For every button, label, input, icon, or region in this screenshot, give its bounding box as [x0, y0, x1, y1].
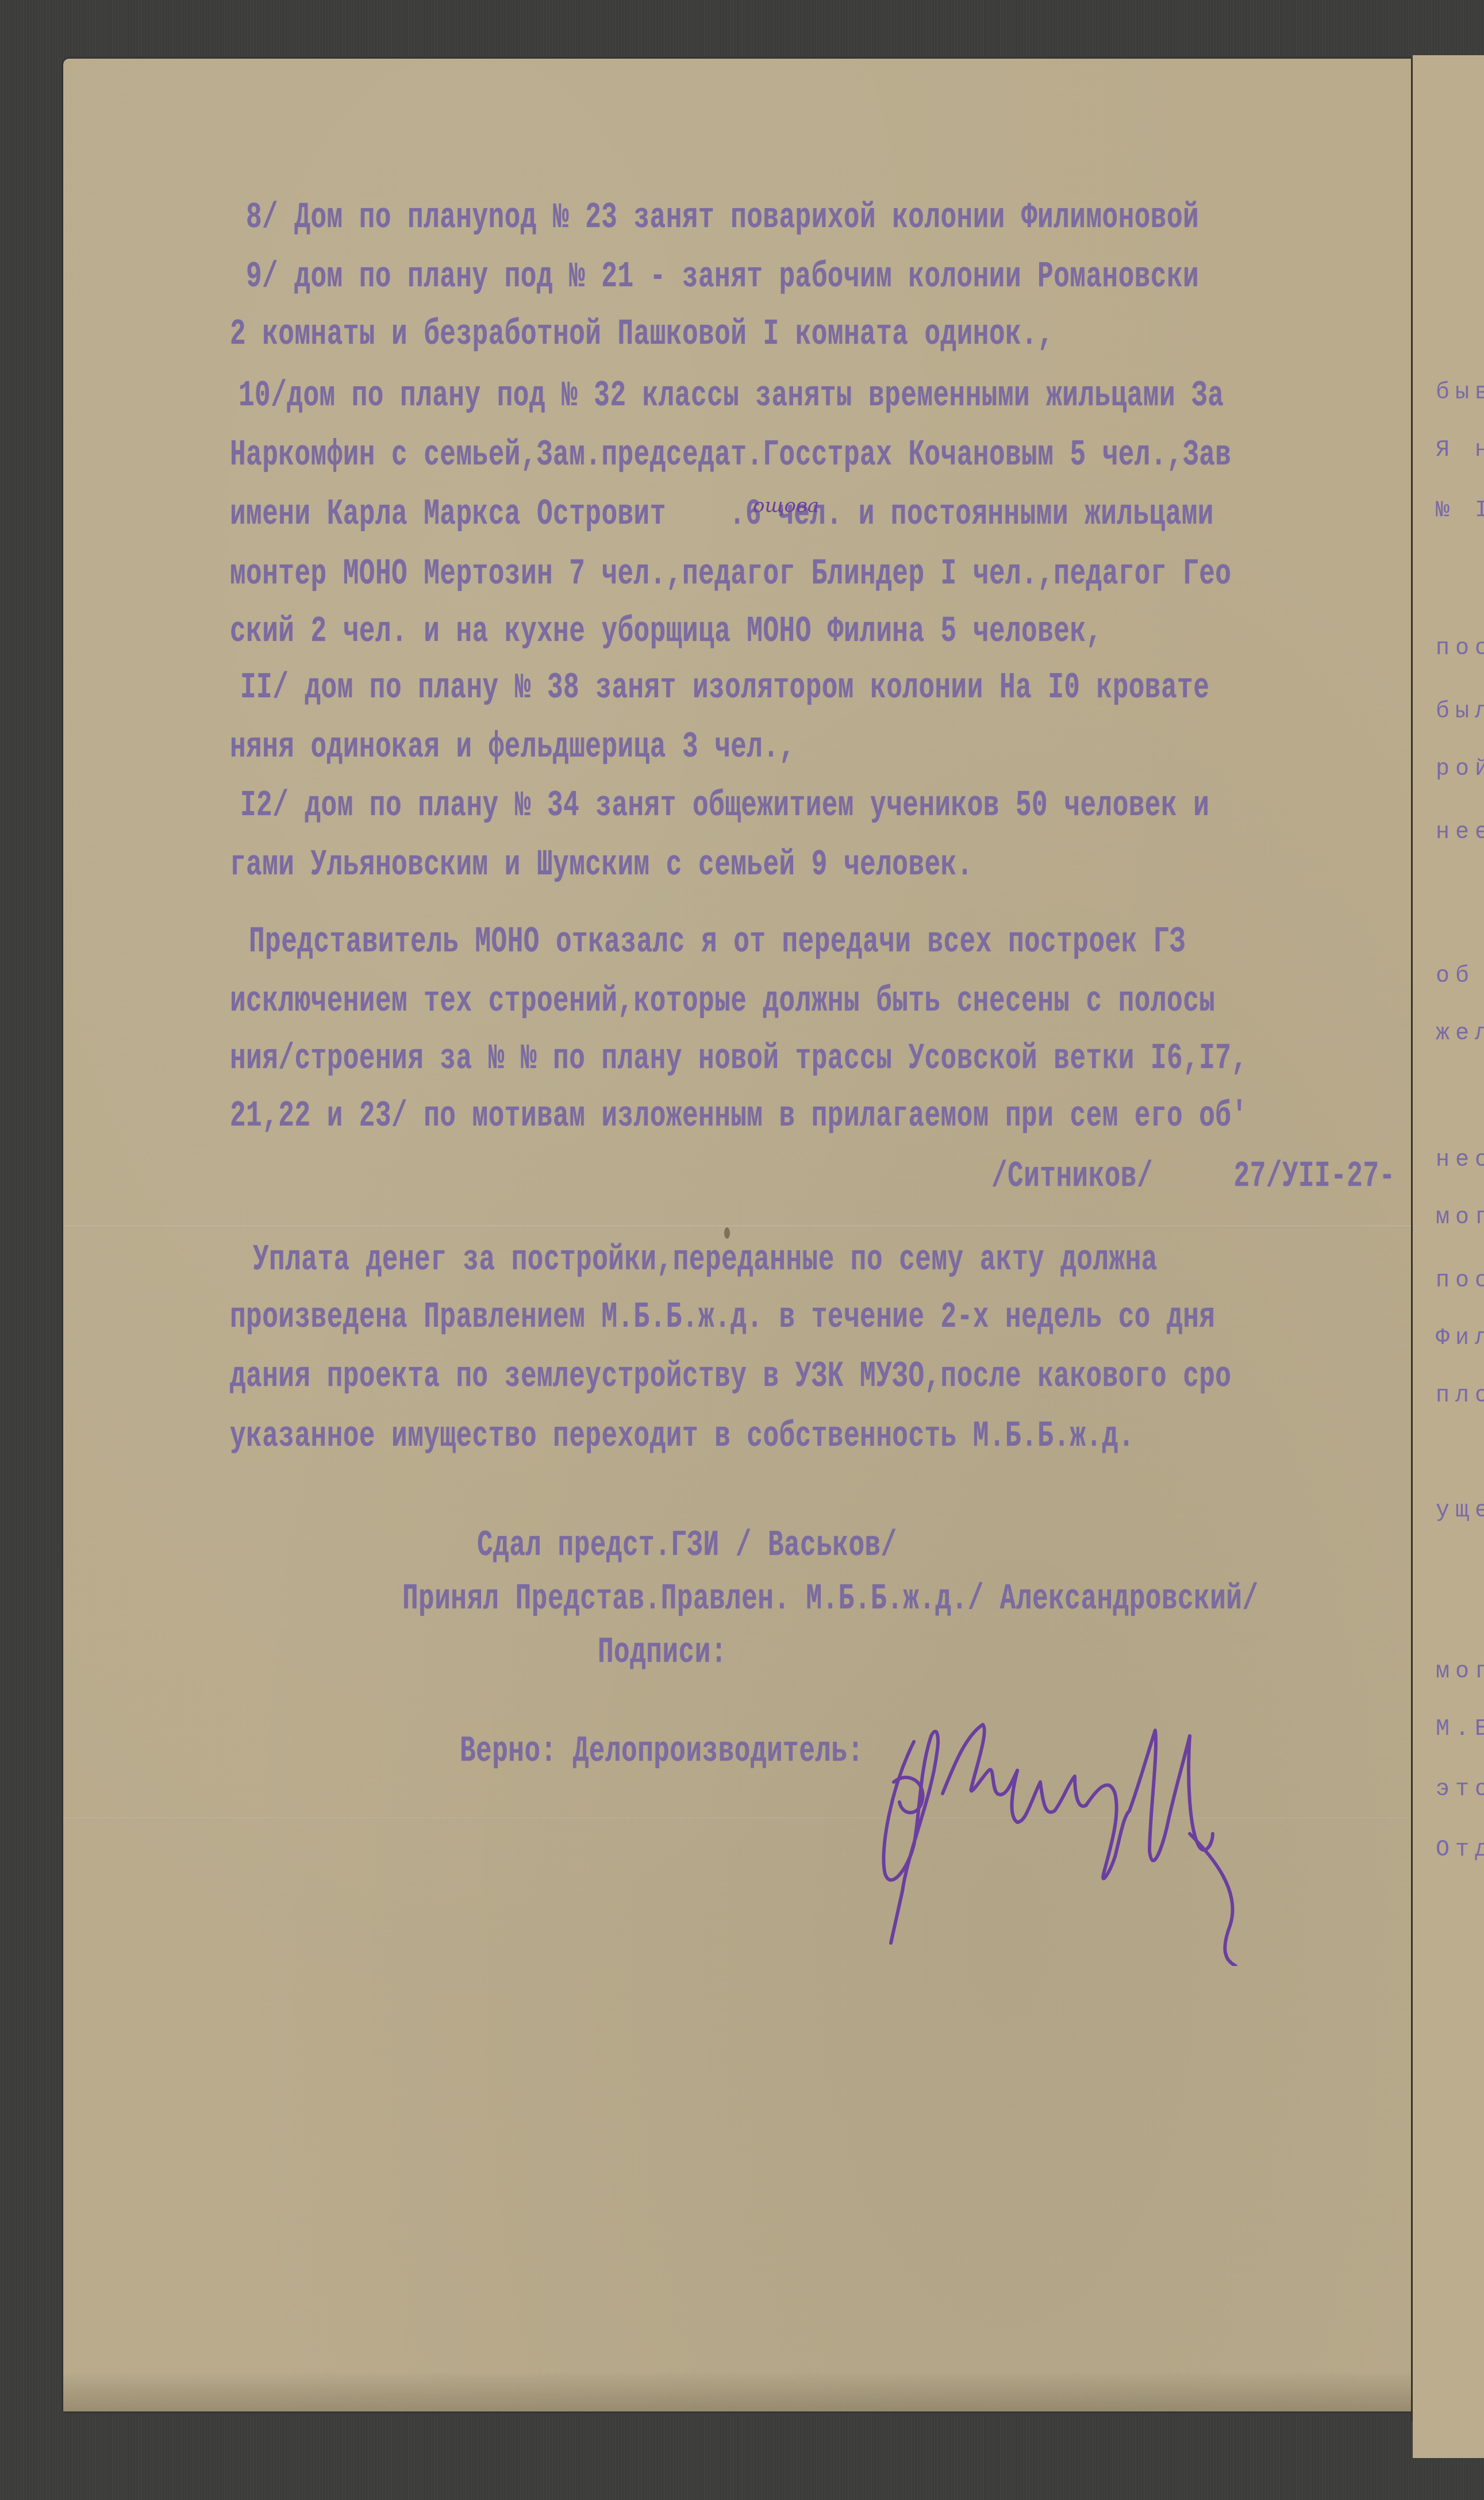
text-segment: имени Карла Маркса Островит	[230, 494, 666, 535]
adjacent-fragment: могу	[1436, 1659, 1484, 1685]
text-line: Подписи:	[598, 1633, 727, 1673]
adjacent-fragment: был	[1436, 699, 1484, 725]
adjacent-fragment: могу	[1436, 1205, 1484, 1231]
ink-blot	[724, 1227, 730, 1239]
text-line: указанное имущество переходит в собствен…	[230, 1416, 1135, 1457]
text-line: Сдал предст.ГЗИ / Васьков/	[477, 1526, 897, 1566]
paper-fold-line	[63, 1226, 1411, 1227]
text-line: произведена Правлением М.Б.Б.ж.д. в тече…	[230, 1297, 1215, 1338]
text-line: Принял Представ.Правлен. М.Б.Б.ж.д./ Але…	[402, 1579, 1259, 1619]
adjacent-fragment: посе	[1436, 1268, 1484, 1294]
adjacent-fragment: М.Б.	[1436, 1716, 1484, 1742]
adjacent-fragment: этог	[1436, 1777, 1484, 1803]
text-line: гами Ульяновским и Шумским с семьей 9 че…	[230, 845, 973, 885]
adjacent-fragment: об у	[1436, 963, 1484, 989]
text-line: I2/ дом по плану № 34 занят общежитием у…	[240, 786, 1209, 826]
text-line: Наркомфин с семьей,Зам.председат.Госстра…	[230, 435, 1231, 475]
text-line: Верно: Делопроизводитель:	[460, 1731, 864, 1772]
adjacent-fragment: площ	[1436, 1383, 1484, 1409]
text-line: 21,22 и 23/ по мотивам изложенным в прил…	[230, 1096, 1248, 1136]
text-line: дания проекта по землеустройству в УЗК М…	[230, 1357, 1231, 1397]
text-line: имени Карла Маркса Островит.6 чел. и пос…	[230, 494, 1214, 535]
adjacent-fragment: необ	[1436, 1147, 1484, 1173]
text-line: 9/ дом по плану под № 21 - занят рабочим…	[246, 257, 1199, 297]
adjacent-fragment: пост	[1436, 636, 1484, 662]
adjacent-fragment: желе	[1436, 1021, 1484, 1047]
text-line: ния/строения за № № по плану новой трасс…	[230, 1039, 1248, 1079]
text-line: няня одинокая и фельдшерица 3 чел.,	[230, 727, 795, 767]
adjacent-fragment: нее	[1436, 820, 1484, 846]
text-line: II/ дом по плану № 38 занят изолятором к…	[240, 668, 1209, 708]
adjacent-fragment: бывш	[1436, 380, 1484, 406]
adjacent-fragment: ройк	[1436, 756, 1484, 782]
adjacent-page-edge: бывш Я ни № I4 пост был ройк нее об у же…	[1413, 55, 1484, 2458]
adjacent-fragment: Отде	[1436, 1837, 1484, 1863]
text-line: Представитель МОНО отказалс я от передач…	[249, 922, 1186, 962]
handwritten-signature	[868, 1702, 1339, 1966]
text-line: 10/дом по плану под № 32 классы заняты в…	[239, 376, 1224, 416]
text-line: 2 комнаты и безработной Пашковой I комна…	[230, 314, 1054, 355]
adjacent-fragment: Я ни	[1436, 437, 1484, 463]
text-line-signature-date: /Ситников/ 27/УII-27-	[991, 1157, 1395, 1197]
text-line: Уплата денег за постройки,переданные по …	[253, 1240, 1158, 1280]
adjacent-fragment: Фили	[1436, 1326, 1484, 1351]
text-line: исключением тех строений,которые должны …	[230, 981, 1215, 1021]
adjacent-fragment: ущер	[1436, 1498, 1484, 1524]
text-line: 8/ Дом по плануnод № 23 занят поварихой …	[246, 198, 1199, 238]
handwritten-correction: ощова	[753, 494, 819, 517]
text-line: монтер МОНО Мертозин 7 чел.,педагог Блин…	[230, 554, 1231, 594]
adjacent-fragment: № I4	[1436, 498, 1484, 524]
text-line: ский 2 чел. и на кухне уборщица МОНО Фил…	[230, 612, 1102, 652]
